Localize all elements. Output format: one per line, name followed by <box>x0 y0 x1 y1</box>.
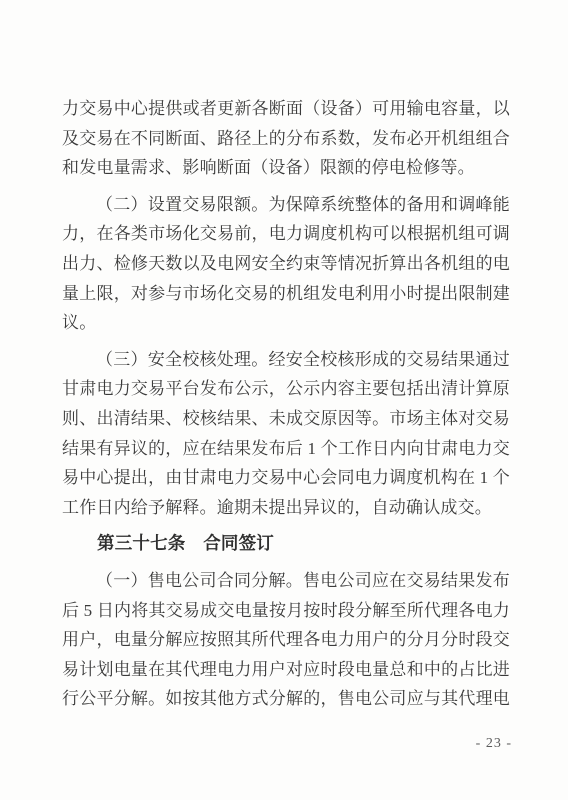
text-line: 行公平分解。如按其他方式分解的，售电公司应与其代理电 <box>62 684 510 714</box>
text-line: 力，在各类市场化交易前，电力调度机构可以根据机组可调 <box>62 219 510 249</box>
text-line: （一）售电公司合同分解。售电公司应在交易结果发布 <box>62 566 510 596</box>
para-continuation-section-one: 力交易中心提供或者更新各断面（设备）可用输电容量，以及交易在不同断面、路径上的分… <box>62 94 510 183</box>
document-text: 力交易中心提供或者更新各断面（设备）可用输电容量，以及交易在不同断面、路径上的分… <box>62 94 510 714</box>
text-line: 出力、检修天数以及电网安全约束等情况折算出各机组的电 <box>62 249 510 279</box>
text-line: 工作日内给予解释。逾期未提出异议的，自动确认成交。 <box>62 493 510 523</box>
text-line: （二）设置交易限额。为保障系统整体的备用和调峰能 <box>62 190 510 220</box>
para-section-three: （三）安全校核处理。经安全校核形成的交易结果通过甘肃电力交易平台发布公示，公示内… <box>62 345 510 523</box>
text-line: 用户，电量分解应按照其所代理各电力用户的分月分时段交 <box>62 625 510 655</box>
page-number: - 23 - <box>476 736 512 752</box>
text-line: 易计划电量在其代理电力用户对应时段电量总和中的占比进 <box>62 655 510 685</box>
text-line: 甘肃电力交易平台发布公示，公示内容主要包括出清计算原 <box>62 374 510 404</box>
text-line: （三）安全校核处理。经安全校核形成的交易结果通过 <box>62 345 510 375</box>
para-section-two: （二）设置交易限额。为保障系统整体的备用和调峰能力，在各类市场化交易前，电力调度… <box>62 190 510 338</box>
text-line: 议。 <box>62 308 510 338</box>
text-line: 易中心提出，由甘肃电力交易中心会同电力调度机构在 1 个 <box>62 463 510 493</box>
text-line: 后 5 日内将其交易成交电量按月按时段分解至所代理各电力 <box>62 596 510 626</box>
text-line: 量上限，对参与市场化交易的机组发电利用小时提出限制建 <box>62 279 510 309</box>
text-line: 力交易中心提供或者更新各断面（设备）可用输电容量，以 <box>62 94 510 124</box>
text-line: 及交易在不同断面、路径上的分布系数，发布必开机组组合 <box>62 124 510 154</box>
document-page: 力交易中心提供或者更新各断面（设备）可用输电容量，以及交易在不同断面、路径上的分… <box>0 0 568 800</box>
para-section-one-contract: （一）售电公司合同分解。售电公司应在交易结果发布后 5 日内将其交易成交电量按月… <box>62 566 510 714</box>
text-line: 则、出清结果、校核结果、未成交原因等。市场主体对交易 <box>62 404 510 434</box>
section-heading-line: 第三十七条 合同签订 <box>62 529 510 559</box>
text-line: 和发电量需求、影响断面（设备）限额的停电检修等。 <box>62 153 510 183</box>
heading-article-37: 第三十七条 合同签订 <box>62 529 510 559</box>
text-line: 结果有异议的，应在结果发布后 1 个工作日内向甘肃电力交 <box>62 434 510 464</box>
